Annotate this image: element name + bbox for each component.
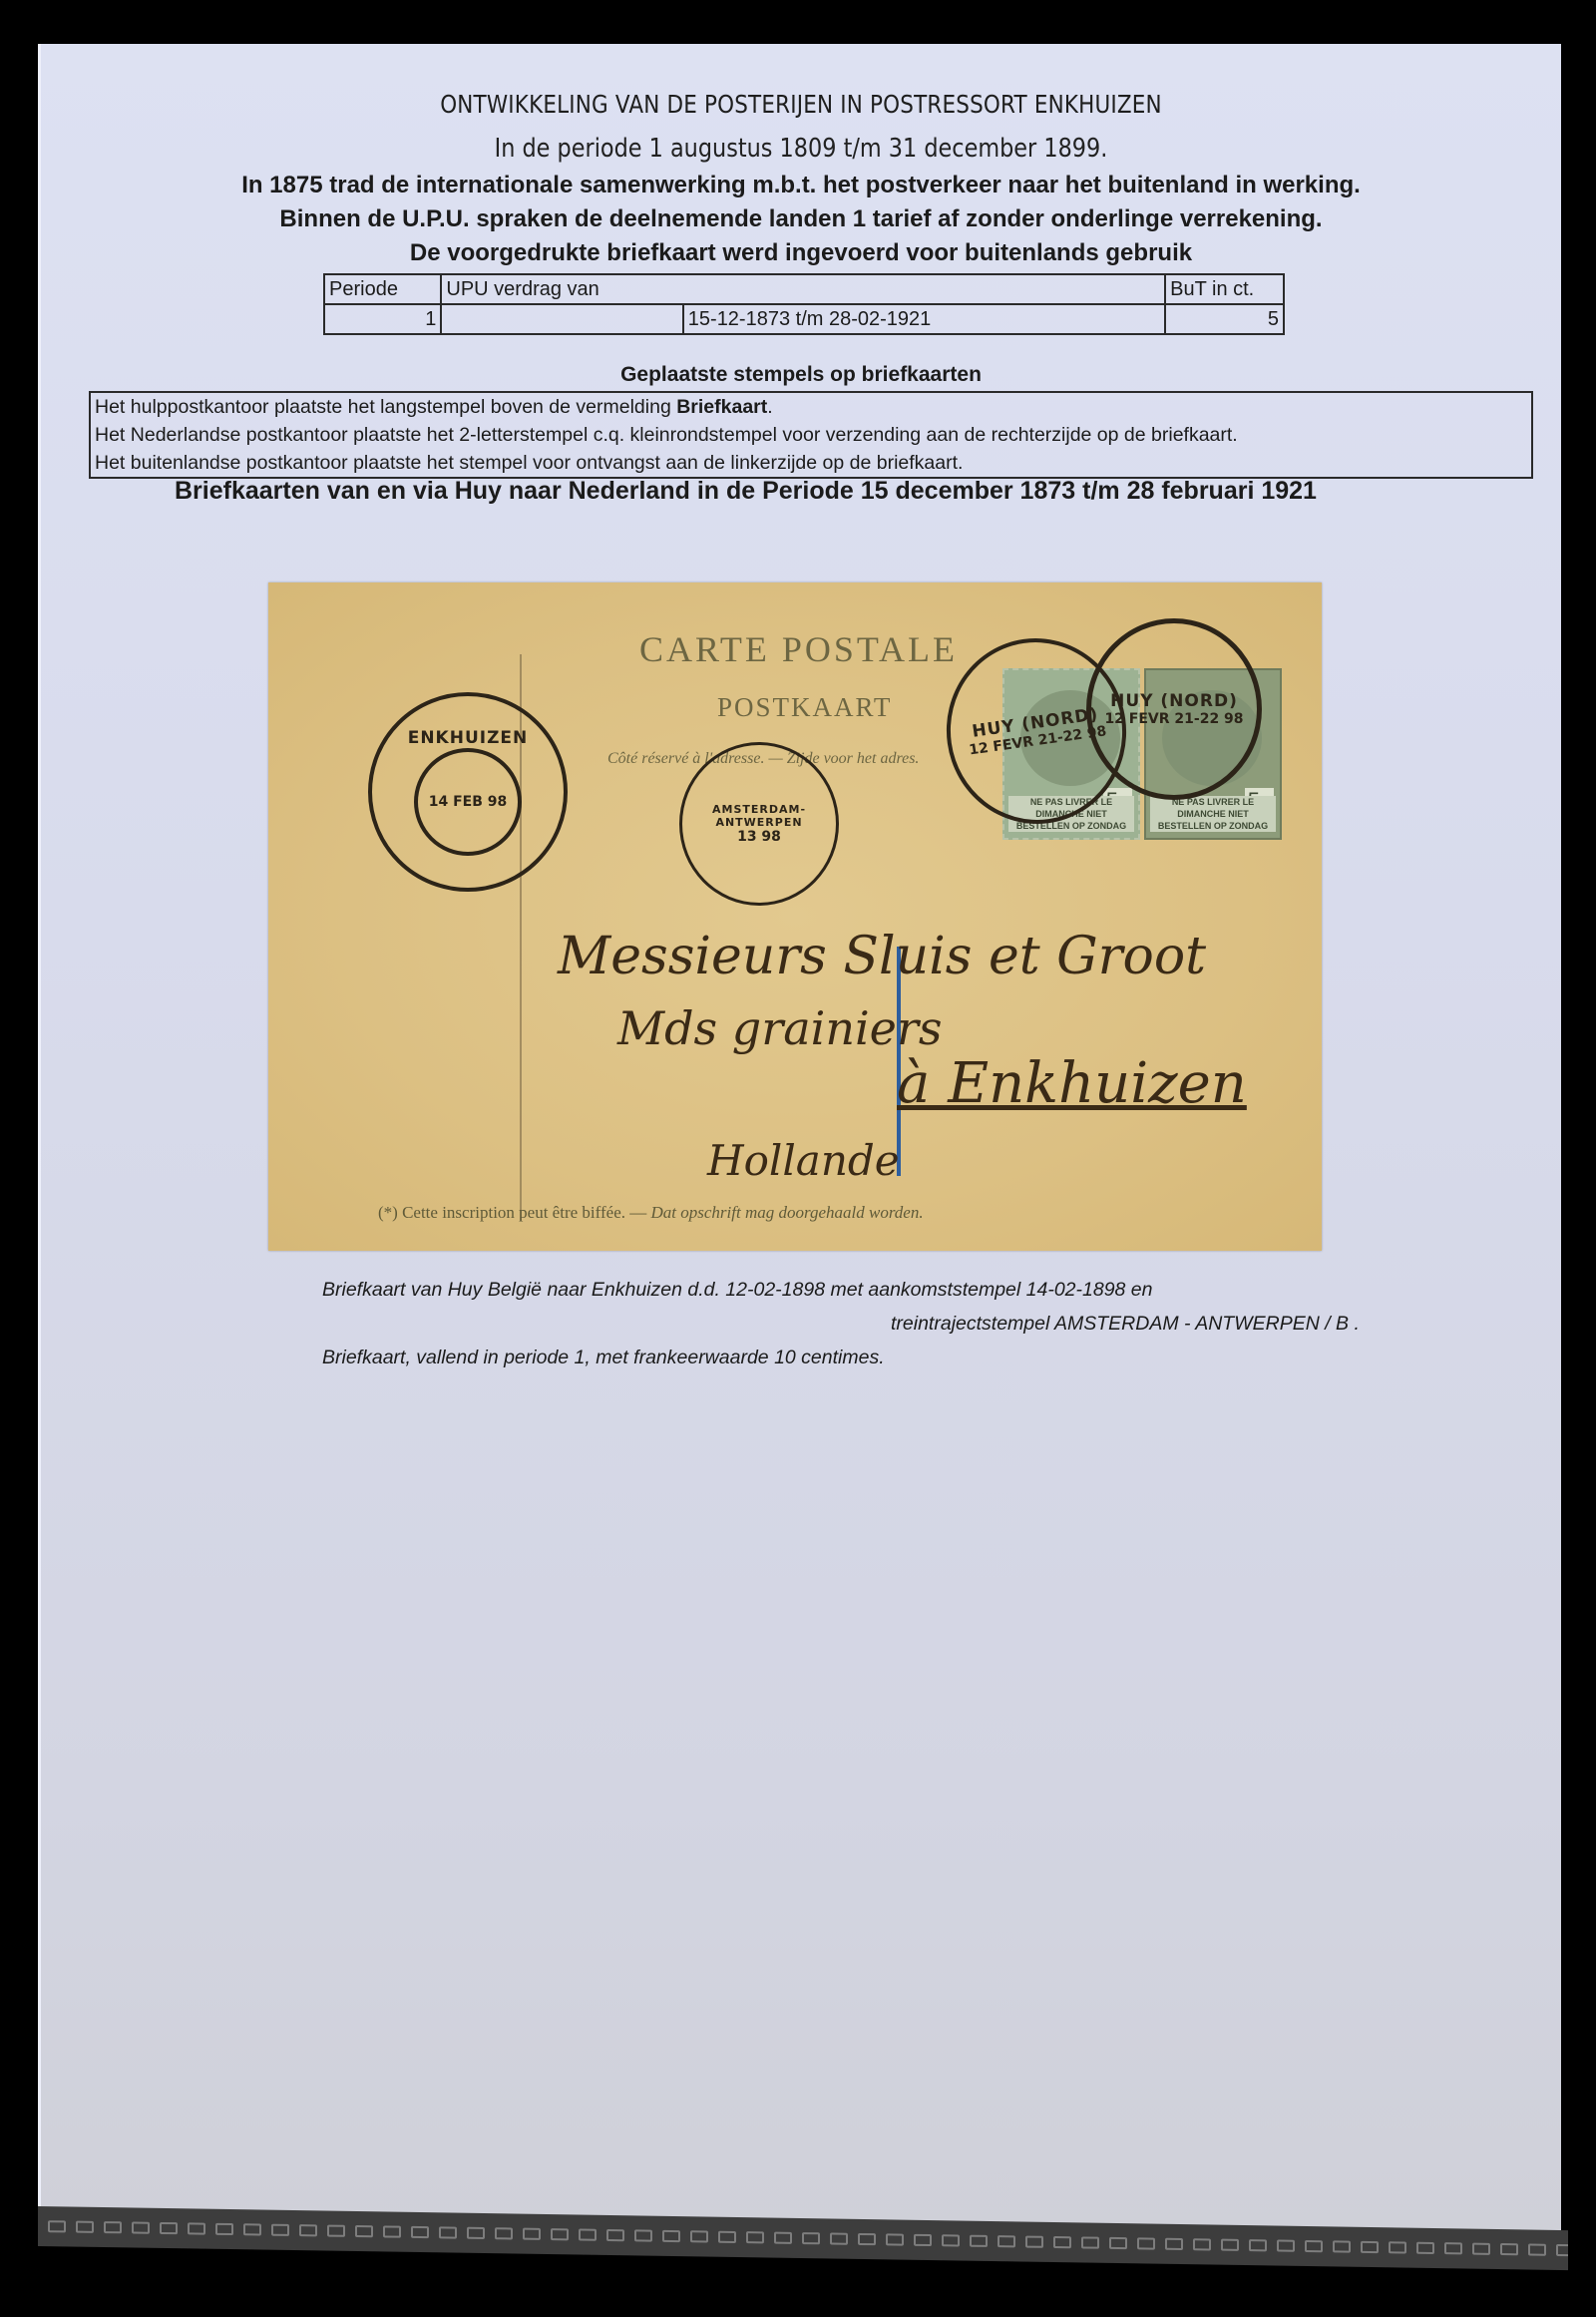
binder-hole xyxy=(1109,2237,1127,2249)
binder-hole xyxy=(1500,2243,1518,2255)
caption-line-1: Briefkaart van Huy België naar Enkhuizen… xyxy=(322,1279,1153,1302)
intro-line-3: De voorgedrukte briefkaart werd ingevoer… xyxy=(41,239,1561,267)
binder-hole xyxy=(1277,2240,1295,2252)
binder-hole xyxy=(76,2221,94,2233)
postcard-image: CARTE POSTALE POSTKAART Côté réservé à l… xyxy=(268,582,1322,1251)
binder-hole xyxy=(523,2228,541,2240)
binder-hole xyxy=(1389,2241,1406,2253)
binder-hole xyxy=(160,2222,178,2234)
binder-hole xyxy=(355,2225,373,2237)
binder-hole xyxy=(1193,2238,1211,2250)
binder-hole xyxy=(662,2230,680,2242)
binder-hole xyxy=(858,2233,876,2245)
binder-hole xyxy=(886,2233,904,2245)
caption-line-3: Briefkaart, vallend in periode 1, met fr… xyxy=(322,1347,885,1369)
binder-hole xyxy=(1333,2240,1351,2252)
table-row: 1 15-12-1873 t/m 28-02-1921 5 xyxy=(324,304,1284,334)
stamp-banner: NE PAS LIVRER LE DIMANCHE NIET BESTELLEN… xyxy=(1150,796,1276,832)
intro-line-2: Binnen de U.P.U. spraken de deelnemende … xyxy=(41,205,1561,233)
postcard-footer: (*) Cette inscription peut être biffée. … xyxy=(378,1203,924,1223)
binder-hole xyxy=(551,2228,569,2240)
address-line-1: Messieurs Sluis et Groot xyxy=(558,927,1206,986)
binder-hole xyxy=(1556,2244,1568,2256)
binder-hole xyxy=(411,2226,429,2238)
binder-hole xyxy=(48,2220,66,2232)
binder-hole xyxy=(914,2234,932,2246)
binder-hole xyxy=(271,2224,289,2236)
binder-hole xyxy=(802,2232,820,2244)
page-subtitle: In de periode 1 augustus 1809 t/m 31 dec… xyxy=(148,134,1455,164)
binder-hole xyxy=(634,2229,652,2241)
binder-hole xyxy=(1081,2236,1099,2248)
binder-hole xyxy=(1221,2239,1239,2251)
binder-hole xyxy=(1165,2238,1183,2250)
header-but: BuT in ct. xyxy=(1165,274,1284,304)
postmark-huy-2: HUY (NORD) 12 FEVR 21-22 98 xyxy=(1086,618,1262,800)
header-periode: Periode xyxy=(324,274,441,304)
binder-hole xyxy=(830,2232,848,2244)
binder-hole xyxy=(1053,2236,1071,2248)
binder-hole xyxy=(774,2232,792,2244)
binder-hole xyxy=(215,2223,233,2235)
binder-hole xyxy=(1444,2242,1462,2254)
upu-table: Periode UPU verdrag van BuT in ct. 1 15-… xyxy=(323,273,1285,335)
section-heading: Briefkaarten van en via Huy naar Nederla… xyxy=(175,477,1317,506)
postcard-title-nl: POSTKAART xyxy=(717,692,892,723)
postmark-amsterdam-antwerpen: AMSTERDAM-ANTWERPEN 13 98 xyxy=(679,742,839,906)
binder-hole xyxy=(1305,2240,1323,2252)
stempel-line-3: Het buitenlandse postkantoor plaatste he… xyxy=(95,449,1527,477)
address-line-4: Hollande xyxy=(707,1136,900,1185)
binder-hole xyxy=(1416,2242,1434,2254)
intro-line-1: In 1875 trad de internationale samenwerk… xyxy=(41,172,1561,199)
binder-hole xyxy=(997,2235,1015,2247)
header-verdrag: UPU verdrag van xyxy=(441,274,1165,304)
binder-hole xyxy=(606,2229,624,2241)
binder-hole xyxy=(718,2231,736,2243)
cell-verdrag xyxy=(441,304,682,334)
bold-term: Briefkaart xyxy=(676,396,767,418)
binder-hole xyxy=(690,2230,708,2242)
caption-line-2: treintrajectstempel AMSTERDAM - ANTWERPE… xyxy=(891,1313,1360,1336)
binder-hole xyxy=(495,2227,513,2239)
binder-hole xyxy=(1025,2236,1043,2248)
binder-hole xyxy=(243,2223,261,2235)
binder-hole xyxy=(383,2225,401,2237)
binder-hole xyxy=(188,2222,205,2234)
binder-hole xyxy=(1472,2243,1490,2255)
binder-hole xyxy=(467,2227,485,2239)
binder-hole xyxy=(1249,2239,1267,2251)
binder-hole xyxy=(1528,2243,1546,2255)
album-page: ONTWIKKELING VAN DE POSTERIJEN IN POSTRE… xyxy=(38,44,1561,2238)
cell-range: 15-12-1873 t/m 28-02-1921 xyxy=(683,304,1165,334)
binder-hole xyxy=(1137,2237,1155,2249)
binder-hole xyxy=(132,2221,150,2233)
binder-hole xyxy=(579,2229,597,2241)
table-header-row: Periode UPU verdrag van BuT in ct. xyxy=(324,274,1284,304)
address-line-2: Mds grainiers xyxy=(617,1001,943,1055)
binder-hole xyxy=(1361,2241,1379,2253)
postmark-enkhuizen: ENKHUIZEN 14 FEB 98 xyxy=(368,692,568,892)
binder-hole xyxy=(104,2221,122,2233)
binder-hole xyxy=(327,2225,345,2237)
postcard-title-fr: CARTE POSTALE xyxy=(639,628,958,670)
binder-hole xyxy=(746,2231,764,2243)
binder-hole xyxy=(439,2226,457,2238)
stempel-line-2: Het Nederlandse postkantoor plaatste het… xyxy=(95,421,1527,449)
cell-periode: 1 xyxy=(324,304,441,334)
address-line-3: à Enkhuizen xyxy=(897,1051,1247,1116)
stempels-heading: Geplaatste stempels op briefkaarten xyxy=(41,363,1561,387)
stempel-line-1: Het hulppostkantoor plaatste het langste… xyxy=(95,393,1527,421)
page-title: ONTWIKKELING VAN DE POSTERIJEN IN POSTRE… xyxy=(148,90,1455,119)
postmark-inner-ring: 14 FEB 98 xyxy=(414,748,522,856)
binder-hole xyxy=(299,2224,317,2236)
stempels-box: Het hulppostkantoor plaatste het langste… xyxy=(89,391,1533,479)
binder-hole xyxy=(970,2235,988,2247)
binder-hole xyxy=(942,2234,960,2246)
cell-but: 5 xyxy=(1165,304,1284,334)
